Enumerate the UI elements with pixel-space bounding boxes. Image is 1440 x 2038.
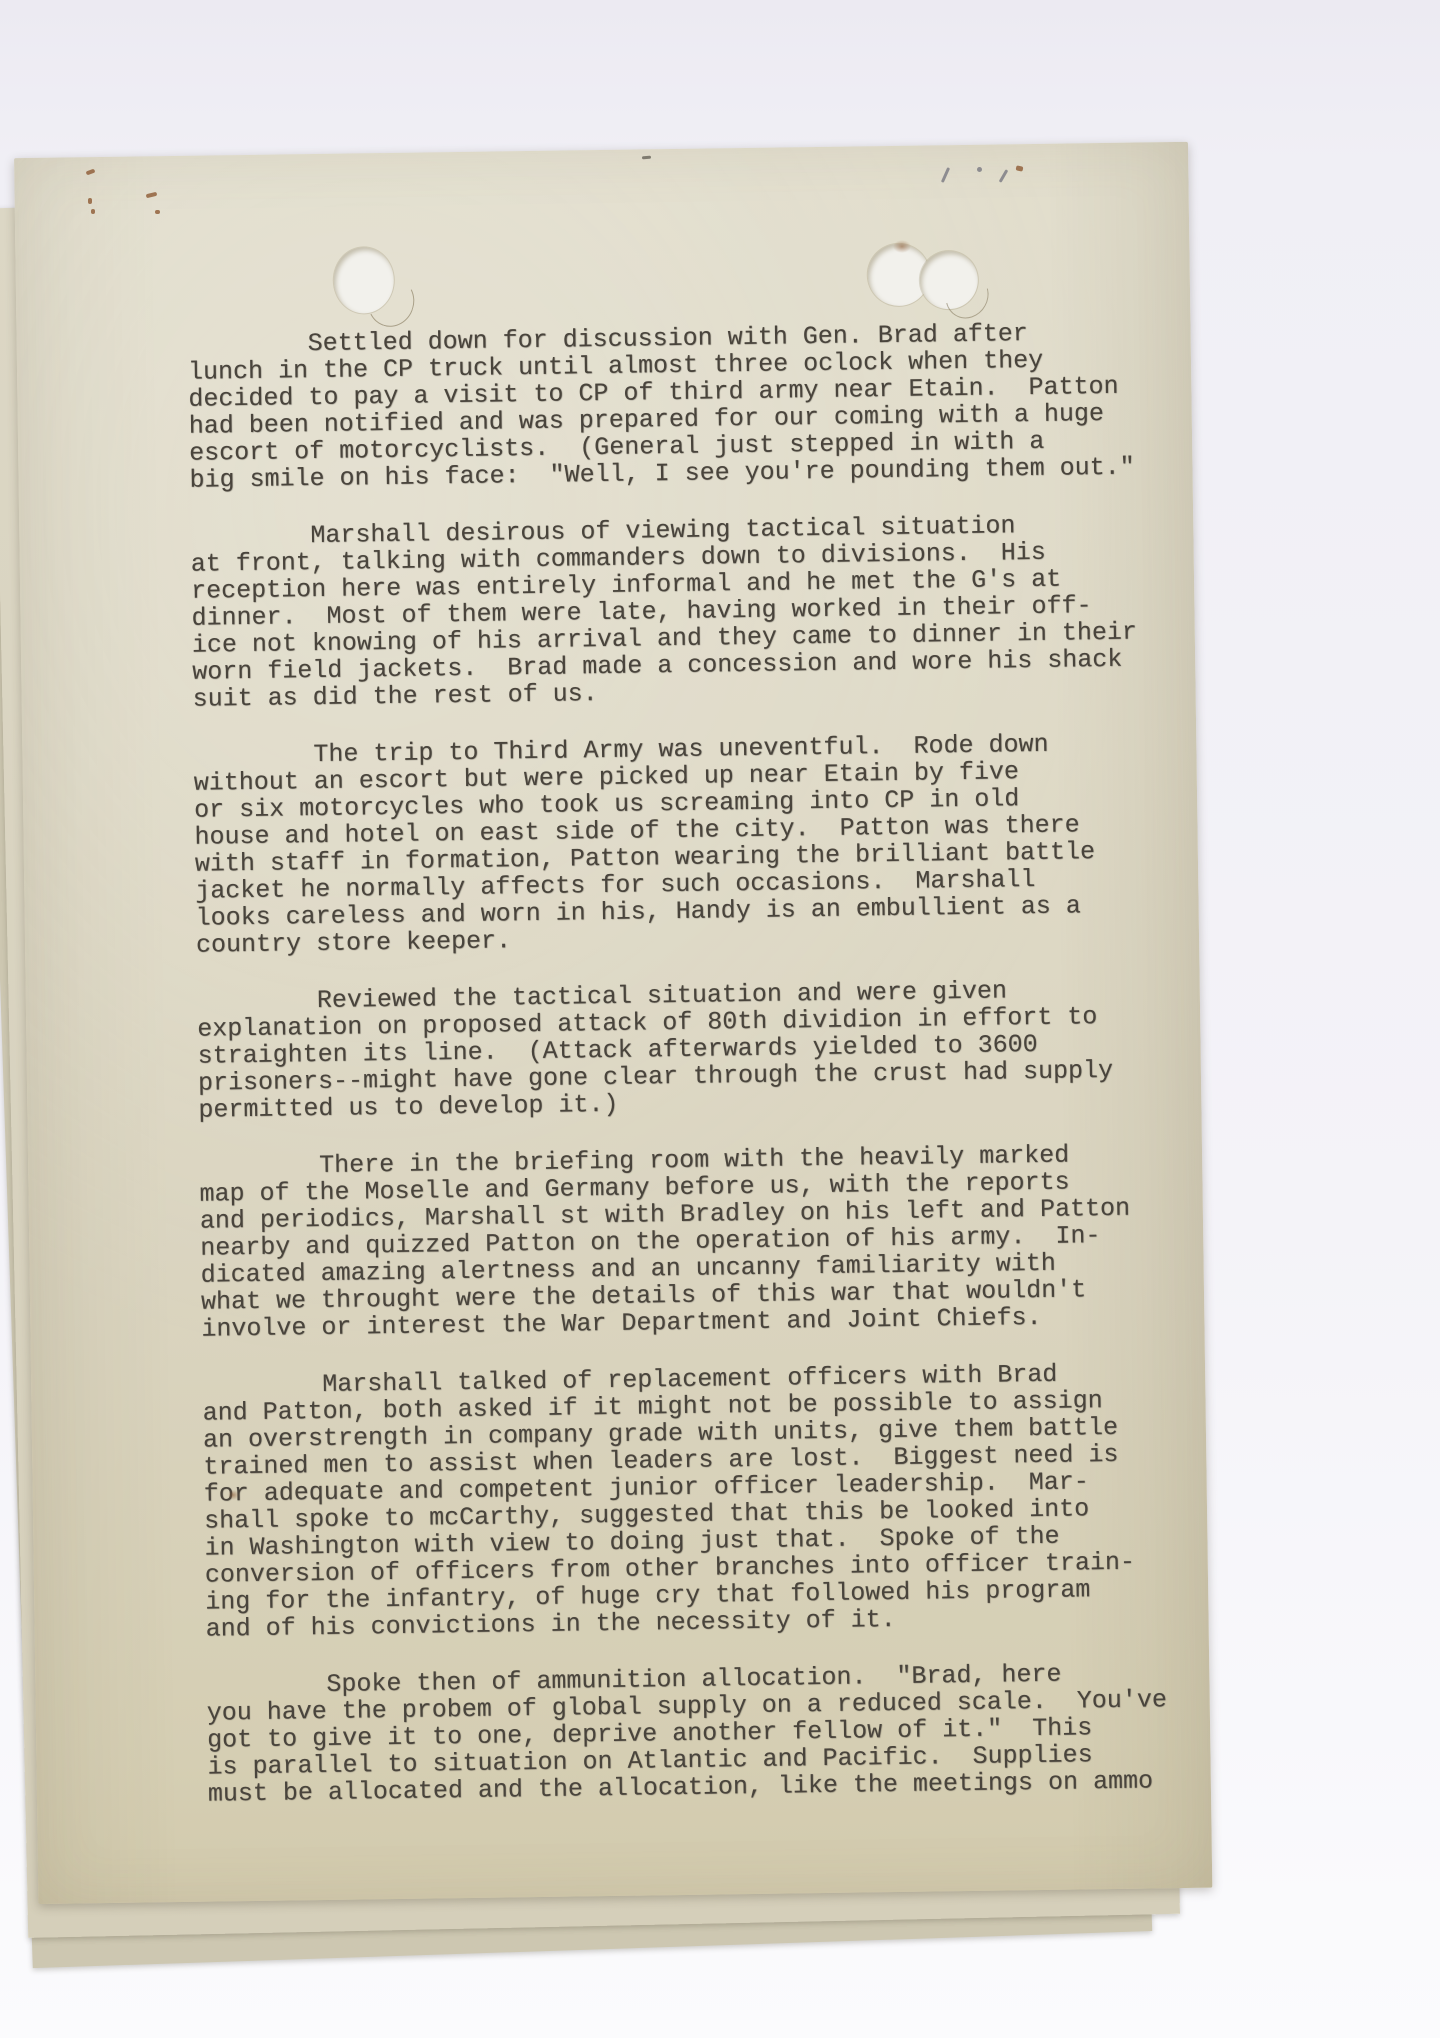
paragraph: Marshall talked of replacement officers …: [202, 1359, 1196, 1643]
punch-hole-right-tear: [919, 251, 978, 310]
paragraph: Spoke then of ammunition allocation. "Br…: [206, 1659, 1198, 1808]
paper-stain: [228, 1490, 239, 1500]
pencil-mark: [977, 167, 982, 172]
paragraph: Marshall desirous of viewing tactical si…: [190, 510, 1183, 713]
paper-stain: [893, 240, 911, 253]
crayon-mark: [155, 210, 160, 214]
paragraph: Settled down for discussion with Gen. Br…: [187, 318, 1179, 494]
crayon-mark: [88, 198, 92, 204]
paragraph: Reviewed the tactical situation and were…: [197, 975, 1189, 1124]
crayon-mark: [91, 209, 95, 214]
punch-hole-left: [333, 247, 394, 314]
document-text: Settled down for discussion with Gen. Br…: [187, 318, 1198, 1838]
paragraph: There in the briefing room with the heav…: [199, 1140, 1192, 1343]
paragraph: The trip to Third Army was uneventful. R…: [193, 729, 1186, 959]
scan-background: Settled down for discussion with Gen. Br…: [0, 0, 1440, 2038]
document-page: Settled down for discussion with Gen. Br…: [14, 142, 1212, 1904]
